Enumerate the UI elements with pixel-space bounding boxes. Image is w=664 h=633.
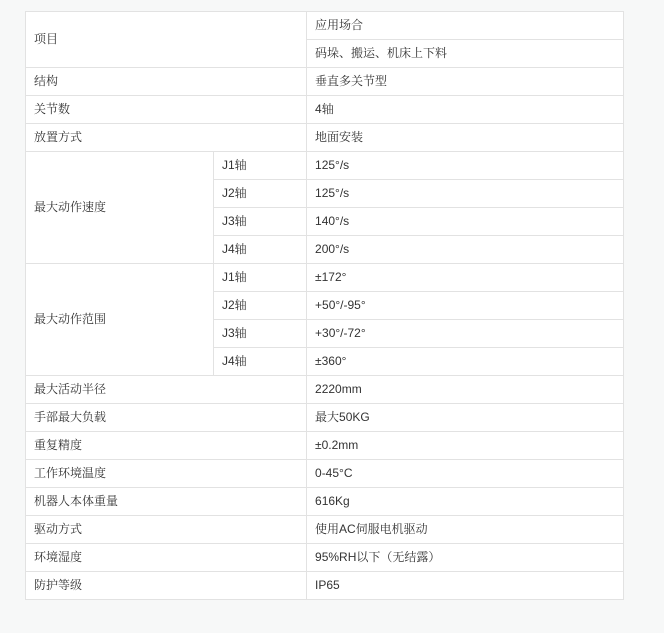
spec-row-value: 95%RH以下（无结露） (307, 544, 624, 572)
spec-row-value: 使用AC伺服电机驱动 (307, 516, 624, 544)
spec-row-value: 地面安装 (307, 124, 624, 152)
spec-row-value: IP65 (307, 572, 624, 600)
axis-value: ±172° (307, 264, 624, 292)
spec-row-label: 最大活动半径 (26, 376, 307, 404)
table-row: 重复精度 ±0.2mm (26, 432, 624, 460)
table-row: 结构 垂直多关节型 (26, 68, 624, 96)
spec-row-value: 616Kg (307, 488, 624, 516)
table-row: 机器人本体重量 616Kg (26, 488, 624, 516)
spec-row-label: 环境湿度 (26, 544, 307, 572)
table-row: 最大动作范围 J1轴 ±172° (26, 264, 624, 292)
spec-row-value: 垂直多关节型 (307, 68, 624, 96)
spec-row-value: 0-45°C (307, 460, 624, 488)
spec-row-value: 应用场合 (307, 12, 624, 40)
spec-row-label: 结构 (26, 68, 307, 96)
table-row: 驱动方式 使用AC伺服电机驱动 (26, 516, 624, 544)
spec-row-label: 防护等级 (26, 572, 307, 600)
table-row: 防护等级 IP65 (26, 572, 624, 600)
table-row: 手部最大负载 最大50KG (26, 404, 624, 432)
axis-value: 125°/s (307, 152, 624, 180)
axis-label: J3轴 (214, 208, 307, 236)
spec-row-label: 重复精度 (26, 432, 307, 460)
axis-value: +50°/-95° (307, 292, 624, 320)
axis-label: J3轴 (214, 320, 307, 348)
spec-row-label: 机器人本体重量 (26, 488, 307, 516)
table-row: 最大动作速度 J1轴 125°/s (26, 152, 624, 180)
table-row: 项目 应用场合 (26, 12, 624, 40)
axis-label: J4轴 (214, 236, 307, 264)
axis-value: ±360° (307, 348, 624, 376)
table-row: 最大活动半径 2220mm (26, 376, 624, 404)
spec-row-value: 最大50KG (307, 404, 624, 432)
axis-value: +30°/-72° (307, 320, 624, 348)
axis-label: J2轴 (214, 292, 307, 320)
axis-value: 125°/s (307, 180, 624, 208)
spec-table: 项目 应用场合 码垛、搬运、机床上下料 结构 垂直多关节型 关节数 4轴 放置方… (25, 11, 624, 600)
spec-row-label: 关节数 (26, 96, 307, 124)
spec-row-label: 工作环境温度 (26, 460, 307, 488)
spec-row-value: 2220mm (307, 376, 624, 404)
spec-row-label: 手部最大负载 (26, 404, 307, 432)
spec-row-value: ±0.2mm (307, 432, 624, 460)
axis-value: 200°/s (307, 236, 624, 264)
axis-label: J4轴 (214, 348, 307, 376)
spec-row-label: 驱动方式 (26, 516, 307, 544)
spec-group-label: 最大动作速度 (26, 152, 214, 264)
spec-group-label: 项目 (26, 12, 307, 68)
axis-label: J1轴 (214, 264, 307, 292)
axis-label: J1轴 (214, 152, 307, 180)
axis-value: 140°/s (307, 208, 624, 236)
spec-row-value: 码垛、搬运、机床上下料 (307, 40, 624, 68)
spec-group-label: 最大动作范围 (26, 264, 214, 376)
axis-label: J2轴 (214, 180, 307, 208)
spec-row-label: 放置方式 (26, 124, 307, 152)
table-row: 工作环境温度 0-45°C (26, 460, 624, 488)
spec-row-value: 4轴 (307, 96, 624, 124)
table-row: 放置方式 地面安装 (26, 124, 624, 152)
spec-table-container: 项目 应用场合 码垛、搬运、机床上下料 结构 垂直多关节型 关节数 4轴 放置方… (25, 11, 624, 600)
table-row: 关节数 4轴 (26, 96, 624, 124)
table-row: 环境湿度 95%RH以下（无结露） (26, 544, 624, 572)
